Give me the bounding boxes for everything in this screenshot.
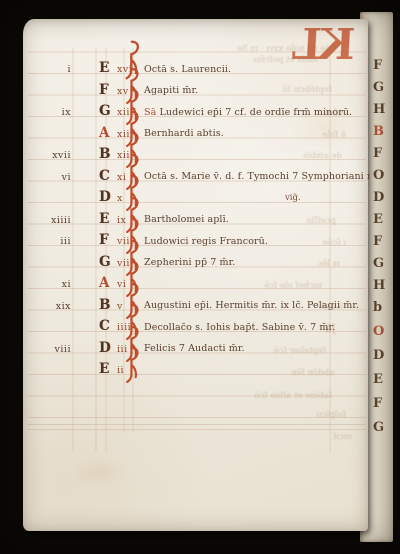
calendar-row: xix B v Augustini ep̄i. Hermitis m̄r. ix… <box>23 293 368 315</box>
golden-number: xi <box>31 279 71 290</box>
feast-entry: Octā s. Marie v̄. d̄. f̄. Tymochi 7 Symp… <box>144 171 370 182</box>
ghost-text: ıncıſ <box>318 432 352 442</box>
dominical-letter: E <box>99 361 117 377</box>
calendar-row: C iiii Decollac̄o s. Ioh̄is bap̄t. Sabin… <box>23 314 368 336</box>
dominical-letter: B <box>99 146 117 162</box>
paraph-flourish-icon <box>125 347 141 383</box>
dominical-letter: F <box>99 232 117 248</box>
golden-number: xix <box>31 301 71 312</box>
golden-number: iii <box>31 236 71 247</box>
feast-entry: Octā s. Laurencii. <box>144 64 370 75</box>
ghost-text: ſabīne et albīe ſcō <box>240 391 332 401</box>
dominical-letter: B <box>99 297 117 313</box>
dominical-letter: A <box>99 125 117 141</box>
calendar-row: G vii Zepherini pp̄ 7 m̄r. <box>23 250 368 272</box>
feast-entry: Bernhardi abtis. <box>144 128 370 139</box>
dominical-letter: E <box>99 60 117 76</box>
calendar-row: viii D iii Felicis 7 Audacti m̄r. <box>23 336 368 358</box>
feast-entry: Zepherini pp̄ 7 m̄r. <box>144 257 370 268</box>
calendar-row: F xv Agapiti m̄r. <box>23 78 368 100</box>
vigil-note: vig̃. <box>285 193 301 203</box>
calendar-row: xi A vi <box>23 271 368 293</box>
dominical-letter: G <box>99 103 117 119</box>
dominical-letter: D <box>99 340 117 356</box>
golden-number: viii <box>31 344 71 355</box>
golden-number: ix <box>31 107 71 118</box>
calendar-row: xvii B xii <box>23 142 368 164</box>
ghost-text: ſulpīcıı <box>288 410 346 420</box>
calendar-row: iii F viii Ludowici regis Francorū. <box>23 228 368 250</box>
golden-number: vi <box>31 172 71 183</box>
calendar-row: i E xvi Octā s. Laurencii. <box>23 56 368 78</box>
dominical-letter: F <box>99 82 117 98</box>
dominical-letter: A <box>99 275 117 291</box>
feast-entry: Sā Ludewici ep̄i 7 cf̄. de ordīe frm̄ mi… <box>144 107 370 118</box>
feast-entry: Bartholomei aplī. <box>144 214 370 225</box>
dominical-letter: G <box>99 254 117 270</box>
golden-number: xvii <box>31 150 71 161</box>
ghost-text: ſcīe de noīe xxvı · ın līe <box>208 44 336 54</box>
calendar-row: xiiii E ix Bartholomei aplī. <box>23 207 368 229</box>
calendar-row: E ii <box>23 357 368 379</box>
dominical-letter: C <box>99 168 117 184</box>
dominical-letter: C <box>99 318 117 334</box>
feast-entry: Felicis 7 Audacti m̄r. <box>144 343 370 354</box>
calendar-row: A xiii Bernhardi abtis. <box>23 121 368 143</box>
feast-entry: Decollac̄o s. Ioh̄is bap̄t. Sabine v̄. 7… <box>144 322 370 333</box>
calendar-row: vi C xi Octā s. Marie v̄. d̄. f̄. Tymoch… <box>23 164 368 186</box>
calendar-row: D x vig̃. <box>23 185 368 207</box>
golden-number: xiiii <box>31 215 71 226</box>
calendar-row: ix G xiiii Sā Ludewici ep̄i 7 cf̄. de or… <box>23 99 368 121</box>
dominical-letter: D <box>99 189 117 205</box>
feast-entry: Augustini ep̄i. Hermitis m̄r. ix lc̄. Pe… <box>144 300 370 311</box>
photo-background: F G H B F O D E F G H b O D E F G <box>0 0 400 554</box>
feast-entry: Ludowici regis Francorū. <box>144 236 370 247</box>
feast-entry: Agapiti m̄r. <box>144 85 370 96</box>
dominical-letter: E <box>99 211 117 227</box>
golden-number: i <box>31 64 71 75</box>
